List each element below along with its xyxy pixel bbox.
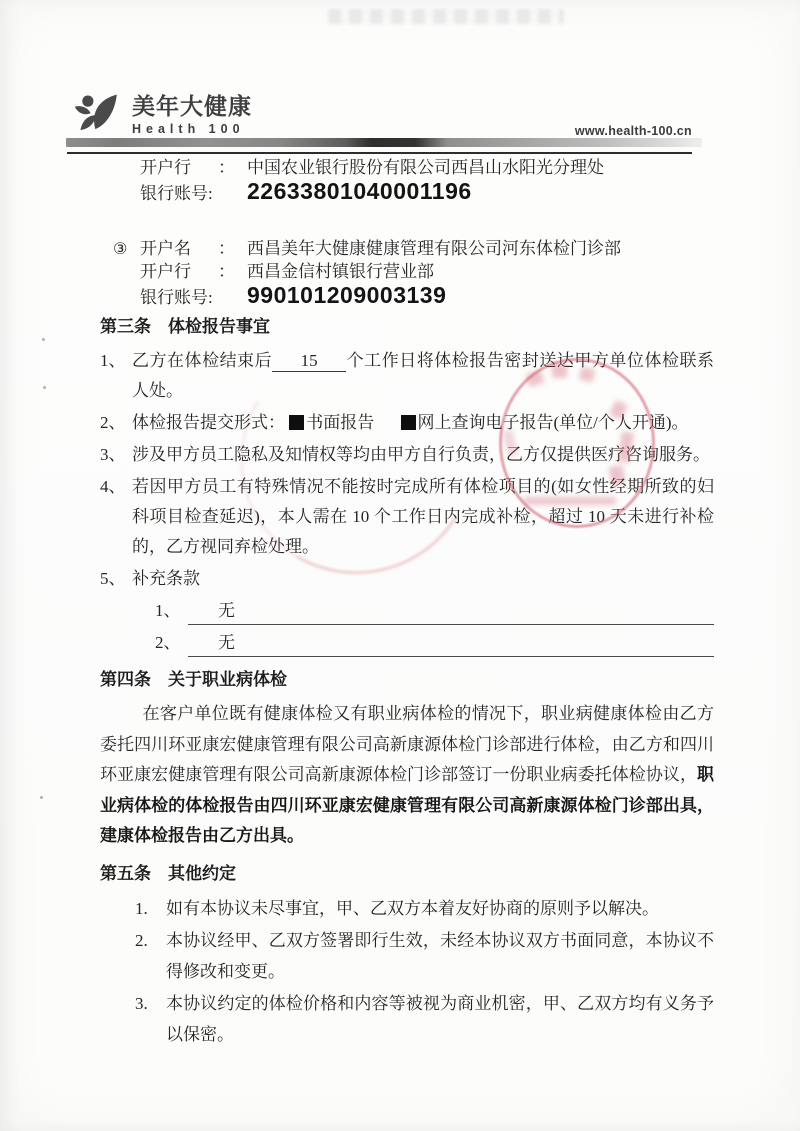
spacer [100,205,714,238]
item-text: 补充条款 [132,564,714,594]
scan-speck [43,386,46,389]
bank-label: 银行账号: [140,183,247,205]
red-seal-glyph-mark [552,364,567,378]
clause3-heading: 第三条体检报告事宜 [100,314,714,339]
clause-title: 其他约定 [168,864,236,883]
logo-text: 美年大健康 Health 100 [132,94,252,137]
label-text: 银行账号: [140,287,213,309]
clause-number: 第三条 [100,317,151,336]
sub-item-number: 1、 [155,595,188,626]
clause5-item-1: 1. 如有本协议未尽事宜，甲、乙双方本着友好协商的原则予以解决。 [135,893,714,924]
item-text: 本协议经甲、乙双方签署即行生效，未经本协议双方书面同意，本协议不得修改和变更。 [166,925,714,987]
scan-speck [42,338,45,341]
item-marker-circled-3: ③ [113,239,140,261]
bank-label: 开户行 ： [140,157,247,179]
label-colon: ： [218,261,235,283]
item-number: 4、 [100,472,132,562]
fill-in-line: 无 [188,630,714,657]
clause-number: 第四条 [100,670,151,689]
item-text: 本协议约定的体检价格和内容等被视为商业机密，甲、乙双方均有义务予以保密。 [166,988,714,1050]
item-text: 如有本协议未尽事宜，甲、乙双方本着友好协商的原则予以解决。 [166,893,714,924]
sub-item-number: 2、 [155,627,188,658]
bank-row-account-number: 银行账号: 990101209003139 [100,283,714,309]
bank-value: 西昌美年大健康健康管理有限公司河东体检门诊部 [247,238,714,260]
item-number: 1、 [100,346,132,406]
item-number: 1. [135,893,166,924]
item-text-pre: 乙方在体检结束后 [132,351,272,370]
bank-row-account-number: 银行账号: 22633801040001196 [100,179,714,205]
header-rule [67,152,692,154]
bank-account-number: 22633801040001196 [247,179,714,204]
bank-value: 中国农业银行股份有限公司西昌山水阳光分理处 [247,157,714,179]
bleed-through-smudge [328,9,564,24]
clause5-item-2: 2. 本协议经甲、乙双方签署即行生效，未经本协议双方书面同意，本协议不得修改和变… [135,925,714,987]
website-url: www.health-100.cn [575,124,692,138]
fill-in-line: 无 [188,598,714,625]
label-colon: ： [218,238,235,260]
clause4-paragraph: 在客户单位既有健康体检又有职业病体检的情况下，职业病健康体检由乙方委托四川环亚康… [100,699,714,852]
label-text: 开户名 [140,238,191,260]
label-text: 开户行 [140,261,191,283]
fill-in-value: 无 [218,633,235,652]
bank-account-number: 990101209003139 [247,283,714,308]
scanned-contract-page: 美年大健康 Health 100 www.health-100.cn 开户行 ：… [0,0,800,1131]
item-number: 3. [135,988,166,1050]
label-text: 开户行 [140,157,191,179]
logo-title: 美年大健康 [132,94,252,119]
header-gradient-bar [66,138,702,147]
item-number: 3、 [100,440,132,470]
red-seal-glyph-mark [524,497,616,505]
label-colon: ： [218,157,235,179]
bank-row-opening-bank: 开户行 ： 中国农业银行股份有限公司西昌山水阳光分理处 [100,157,714,179]
item-number: 5、 [100,564,132,594]
paragraph-text: 在客户单位既有健康体检又有职业病体检的情况下，职业病健康体检由乙方委托四川环亚康… [100,704,714,784]
clause4-heading: 第四条关于职业病体检 [100,667,714,692]
document-body: 开户行 ： 中国农业银行股份有限公司西昌山水阳光分理处 银行账号: 226338… [100,157,714,1050]
label-text: 银行账号: [140,183,213,205]
clause-title: 关于职业病体检 [168,670,287,689]
bank-label: 开户行 ： [140,261,247,283]
fill-in-value: 无 [218,601,235,620]
company-logo: 美年大健康 Health 100 [72,92,252,142]
logo-subtitle: Health 100 [132,121,252,137]
bank-row-account-name: ③ 开户名 ： 西昌美年大健康健康管理有限公司河东体检门诊部 [100,238,714,261]
clause3-item-5: 5、 补充条款 [100,564,714,594]
bank-label: 银行账号: [140,287,247,309]
bank-value: 西昌金信村镇银行营业部 [247,261,714,283]
item-number: 2. [135,925,166,987]
clause5-item-3: 3. 本协议约定的体检价格和内容等被视为商业机密，甲、乙双方均有义务予以保密。 [135,988,714,1050]
supplement-line-1: 1、 无 [155,595,714,626]
item-number: 2、 [100,408,132,438]
supplement-line-2: 2、 无 [155,627,714,658]
bank-label: 开户名 ： [140,238,247,260]
scan-speck [40,796,43,799]
clause5-heading: 第五条其他约定 [100,861,714,886]
health100-figure-icon [72,92,128,142]
clause-title: 体检报告事宜 [168,317,270,336]
red-seal-glyph-mark [609,465,626,485]
clause-number: 第五条 [100,864,151,883]
bank-row-opening-bank: 开户行 ： 西昌金信村镇银行营业部 [100,261,714,283]
